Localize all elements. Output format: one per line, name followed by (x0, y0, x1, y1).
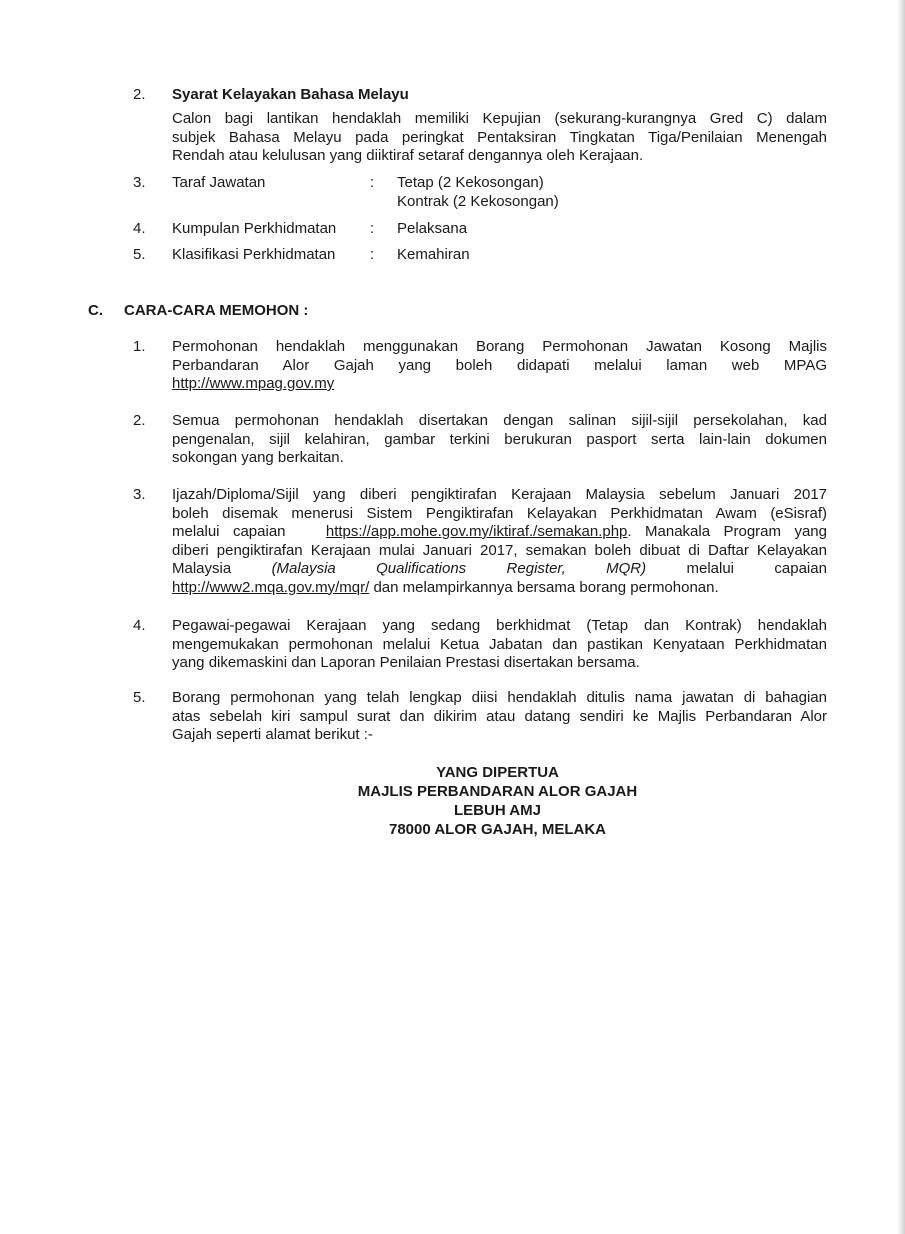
text-line: sokongan yang berkaitan. (172, 449, 827, 468)
text-line: atas sebelah kiri sampul surat dan dikir… (172, 708, 827, 727)
text-fragment: . Manakala Program yang (627, 523, 827, 540)
text-line: Calon bagi lantikan hendaklah memiliki K… (172, 110, 827, 129)
text-line: Gajah seperti alamat berikut :- (172, 726, 827, 745)
address-line: MAJLIS PERBANDARAN ALOR GAJAH (0, 782, 905, 801)
detail-label-taraf-jawatan: Taraf Jawatan (172, 174, 265, 191)
text-line: Malaysia (Malaysia Qualifications Regist… (172, 560, 827, 579)
item-number: 4. (133, 617, 163, 634)
item-paragraph: Permohonan hendaklah menggunakan Borang … (172, 338, 827, 394)
item-paragraph: Calon bagi lantikan hendaklah memiliki K… (172, 110, 827, 166)
item-number: 2. (133, 412, 163, 429)
text-line: melalui capaian https://app.mohe.gov.my/… (172, 523, 827, 542)
text-line: boleh disemak menerusi Sistem Pengiktira… (172, 505, 827, 524)
text-fragment: melalui (687, 560, 735, 579)
detail-colon: : (370, 220, 374, 237)
text-line: Permohonan hendaklah menggunakan Borang … (172, 338, 827, 357)
address-line: LEBUH AMJ (0, 801, 905, 820)
detail-label-klasifikasi: Klasifikasi Perkhidmatan (172, 246, 335, 263)
detail-value-kumpulan: Pelaksana (397, 220, 467, 239)
detail-value-taraf-jawatan: Tetap (2 Kekosongan) Kontrak (2 Kekosong… (397, 174, 559, 211)
text-fragment: Register, (507, 560, 566, 579)
text-line: Rendah atau kelulusan yang diiktiraf set… (172, 147, 827, 166)
text-line: Ijazah/Diploma/Sijil yang diberi pengikt… (172, 486, 827, 505)
detail-value-klasifikasi: Kemahiran (397, 246, 470, 265)
mqr-link[interactable]: http://www2.mqa.gov.my/mqr/ (172, 579, 369, 596)
section-title: CARA-CARA MEMOHON : (124, 302, 308, 319)
item-paragraph: Semua permohonan hendaklah disertakan de… (172, 412, 827, 468)
text-line: http://www2.mqa.gov.my/mqr/ dan melampir… (172, 579, 827, 598)
section-letter: C. (88, 302, 103, 319)
text-fragment: (Malaysia (272, 560, 336, 579)
text-fragment: melalui capaian (172, 523, 286, 540)
text-line: subjek Bahasa Melayu pada peringkat Pent… (172, 129, 827, 148)
item-number: 3. (133, 174, 163, 191)
text-fragment: dan melampirkannya bersama borang permoh… (369, 579, 718, 596)
item-number: 4. (133, 220, 163, 237)
text-line: Pegawai-pegawai Kerajaan yang sedang ber… (172, 617, 827, 636)
item-paragraph: Borang permohonan yang telah lengkap dii… (172, 689, 827, 745)
text-fragment: Qualifications (376, 560, 466, 579)
detail-value-line: Tetap (2 Kekosongan) (397, 174, 559, 193)
item-paragraph: Pegawai-pegawai Kerajaan yang sedang ber… (172, 617, 827, 673)
text-fragment: MQR) (606, 560, 646, 579)
text-line: pengenalan, sijil kelahiran, gambar terk… (172, 431, 827, 450)
address-line: YANG DIPERTUA (0, 763, 905, 782)
mailing-address: YANG DIPERTUA MAJLIS PERBANDARAN ALOR GA… (0, 763, 905, 839)
item-number: 1. (133, 338, 163, 355)
item-number: 5. (133, 689, 163, 706)
detail-value-line: Kontrak (2 Kekosongan) (397, 193, 559, 212)
text-line: Semua permohonan hendaklah disertakan de… (172, 412, 827, 431)
detail-colon: : (370, 246, 374, 263)
mpag-website-link[interactable]: http://www.mpag.gov.my (172, 375, 334, 392)
item-heading: Syarat Kelayakan Bahasa Melayu (172, 86, 409, 103)
text-line: Borang permohonan yang telah lengkap dii… (172, 689, 827, 708)
item-paragraph: Ijazah/Diploma/Sijil yang diberi pengikt… (172, 486, 827, 597)
item-number: 2. (133, 86, 163, 103)
text-line: mengemukakan permohonan melalui Ketua Ja… (172, 636, 827, 655)
text-line: yang dikemaskini dan Laporan Penilaian P… (172, 654, 827, 673)
text-fragment: Malaysia (172, 560, 231, 579)
item-number: 3. (133, 486, 163, 503)
text-fragment: capaian (774, 560, 827, 579)
address-line: 78000 ALOR GAJAH, MELAKA (0, 820, 905, 839)
text-line: diberi pengiktirafan Kerajaan mulai Janu… (172, 542, 827, 561)
scan-edge-shadow (897, 0, 905, 1234)
text-line: Perbandaran Alor Gajah yang boleh didapa… (172, 357, 827, 376)
item-number: 5. (133, 246, 163, 263)
detail-label-kumpulan: Kumpulan Perkhidmatan (172, 220, 336, 237)
esisraf-link[interactable]: https://app.mohe.gov.my/iktiraf./semakan… (326, 523, 628, 540)
detail-colon: : (370, 174, 374, 191)
